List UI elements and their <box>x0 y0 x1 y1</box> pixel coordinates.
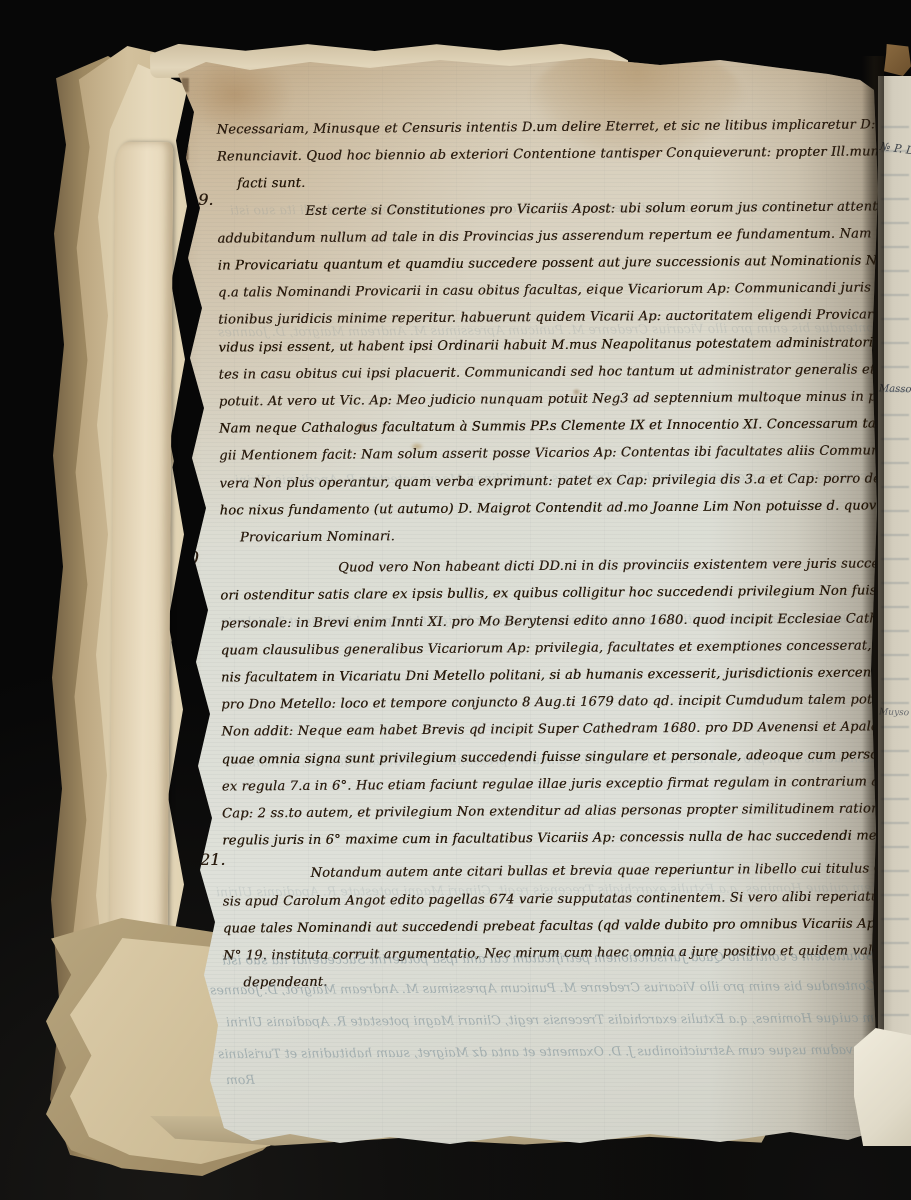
gutter-shadow <box>862 56 884 1146</box>
manuscript-line: regulis juris in 6° maxime cum in facult… <box>222 823 874 855</box>
book-photo: Non item Solutionem e contrario Quod Jur… <box>0 0 911 1200</box>
manuscript-text-block: Necessariam, Minusque et Censuris intent… <box>217 111 876 997</box>
ghost-text-line: Rem cuique Homines, q.a Extulis exarchia… <box>226 1010 891 1030</box>
paragraph-number-19: 19. <box>188 190 213 209</box>
manuscript-line: Renunciavit. Quod hoc biennio ab exterio… <box>217 139 869 171</box>
ghost-text-line: vadum usque cum Astruictionibus J. D. Ox… <box>218 1042 853 1061</box>
facing-page-bottom-corner <box>854 1028 911 1146</box>
manuscript-line: hoc nixus fundamento (ut autumo) D. Maig… <box>220 492 872 524</box>
margin-note: № P. L <box>879 140 911 158</box>
manuscript-line: Notandum autem ante citari bullas et bre… <box>310 856 874 888</box>
manuscript-line: Quod vero Non habeant dicti DD.ni in dis… <box>338 551 872 582</box>
binding-fragment <box>884 44 911 76</box>
ghost-text-line: Rom <box>226 1072 255 1087</box>
manuscript-page: Non item Solutionem e contrario Quod Jur… <box>160 50 882 1148</box>
manuscript-line: Est certe si Constitutiones pro Vicariis… <box>305 193 869 225</box>
manuscript-line: Provicarium Nominari. <box>240 519 872 551</box>
